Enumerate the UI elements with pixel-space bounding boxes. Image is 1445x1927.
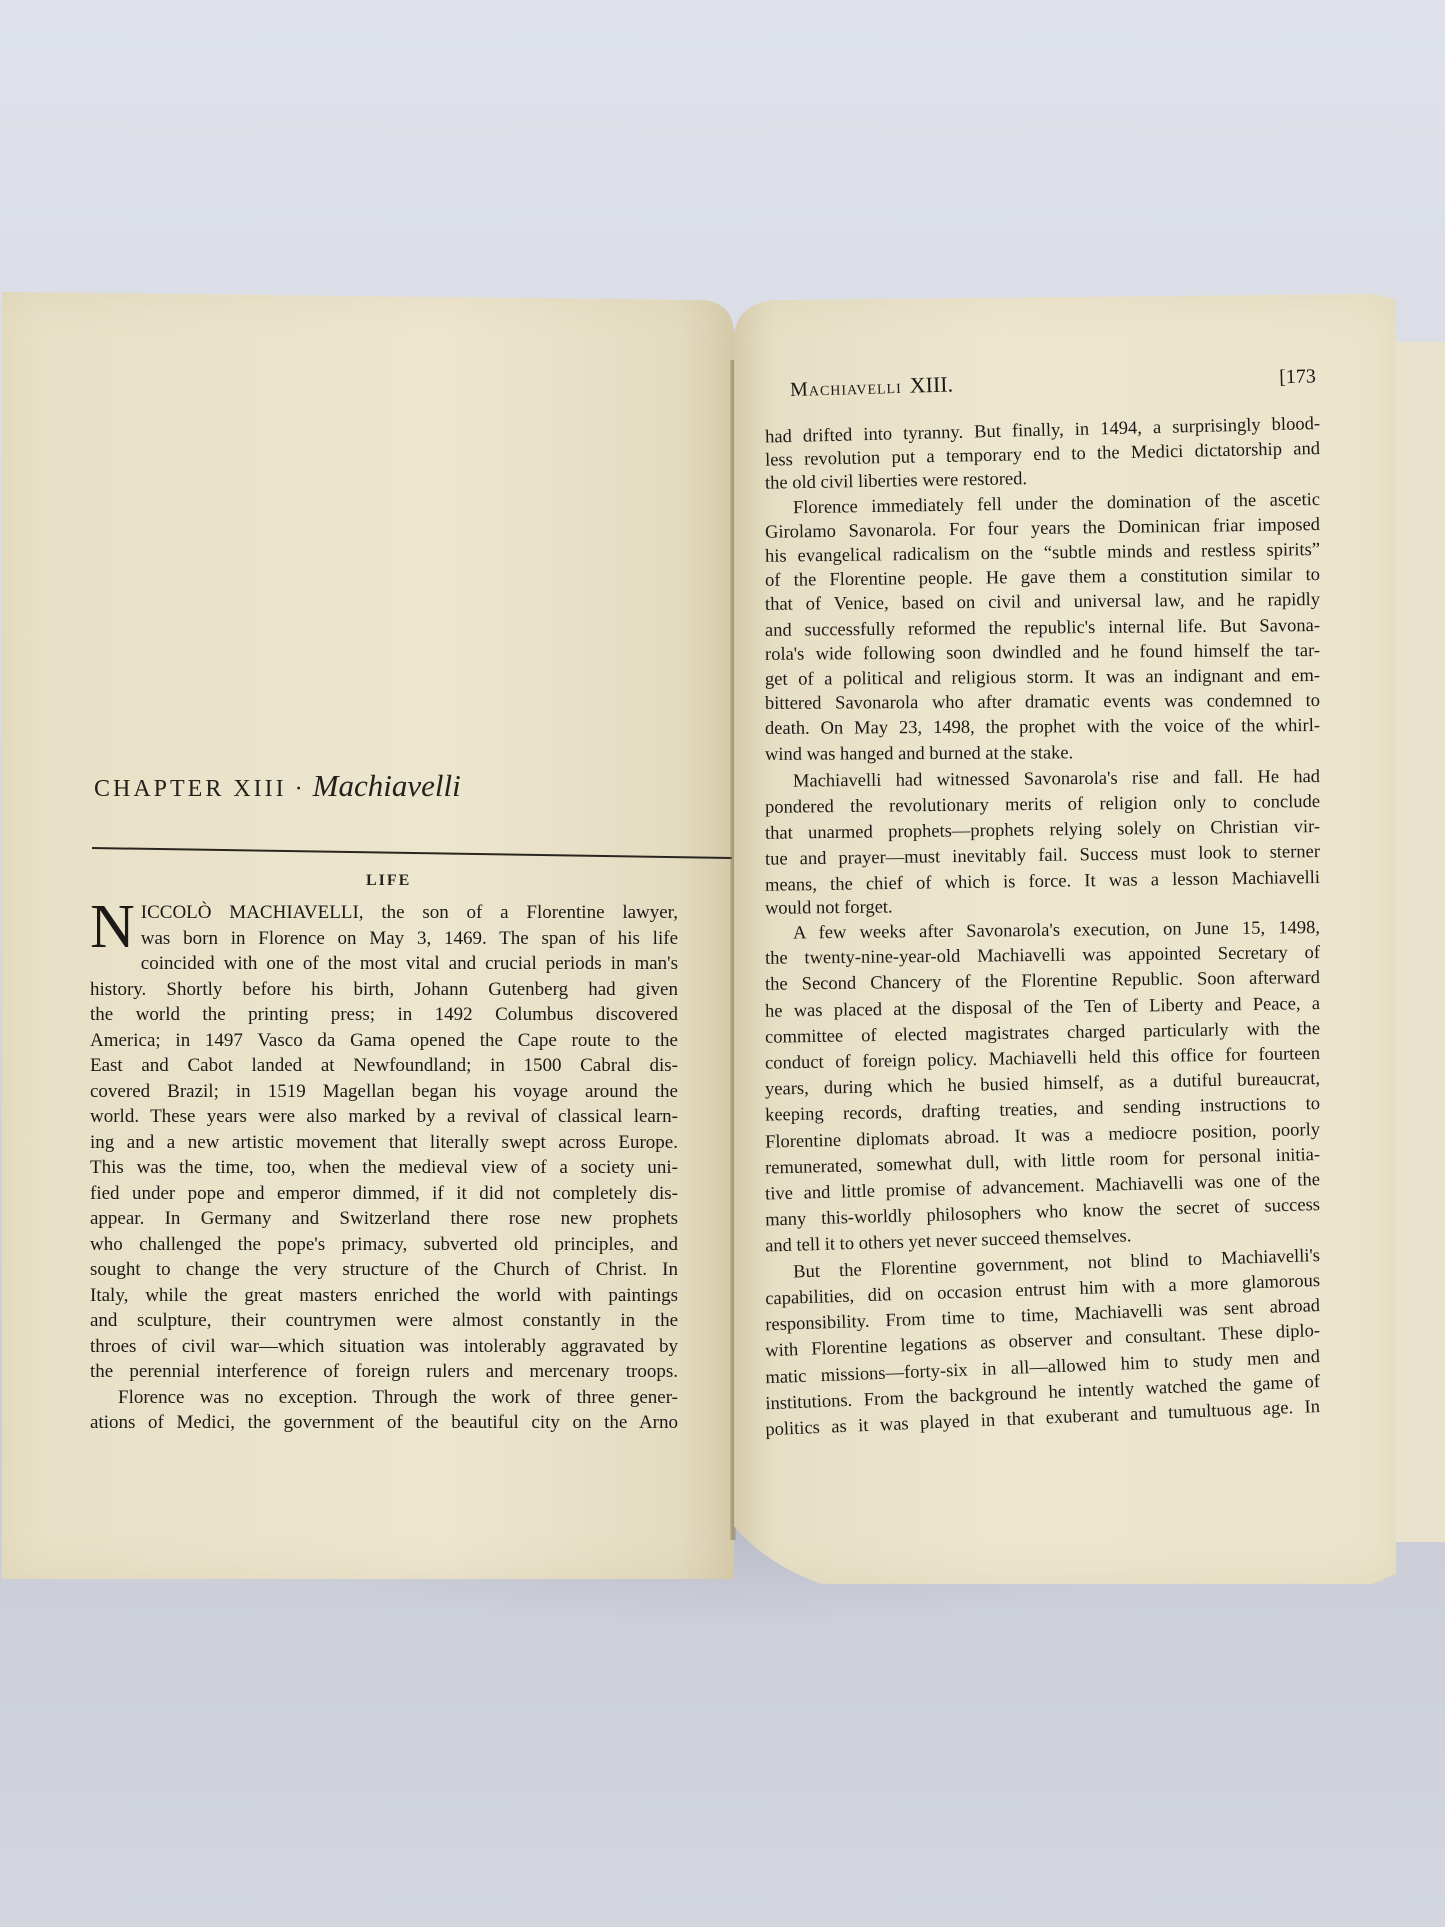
- drop-cap: N: [90, 902, 135, 952]
- text-line: ing and a new artistic movement that lit…: [90, 1130, 678, 1156]
- text-line: bittered Savonarola who after dramatic e…: [765, 689, 1320, 717]
- text-line: throes of civil war—which situation was …: [90, 1334, 678, 1360]
- text-line: the perennial interference of foreign ru…: [90, 1359, 678, 1385]
- page-number: [173: [1279, 365, 1316, 389]
- text-line: appear. In Germany and Switzerland there…: [90, 1206, 678, 1232]
- chapter-title: Machiavelli: [313, 768, 461, 803]
- text-line: covered Brazil; in 1519 Magellan began h…: [90, 1079, 678, 1105]
- running-head-title: Machiavelli: [790, 376, 902, 401]
- text-line: world. These years were also marked by a…: [90, 1104, 678, 1130]
- text-line: East and Cabot landed at Newfoundland; i…: [90, 1053, 678, 1079]
- text-line: was born in Florence on May 3, 1469. The…: [90, 926, 678, 952]
- text-line: coincided with one of the most vital and…: [90, 951, 678, 977]
- text-line: Florence was no exception. Through the w…: [90, 1385, 678, 1411]
- running-head-chapter: XIII.: [909, 371, 953, 397]
- text-line: rola's wide following soon dwindled and …: [765, 639, 1320, 668]
- text-line: and sculpture, their countrymen were alm…: [90, 1308, 678, 1334]
- chapter-separator: ·: [295, 776, 305, 802]
- underlying-page-edge: [1395, 342, 1445, 1542]
- text-line: the world the printing press; in 1492 Co…: [90, 1002, 678, 1028]
- chapter-number: CHAPTER XIII: [94, 776, 287, 802]
- right-page-body: had drifted into tyranny. But finally, i…: [765, 412, 1320, 1420]
- text-line: America; in 1497 Vasco da Gama opened th…: [90, 1028, 678, 1054]
- text-line: sought to change the very structure of t…: [90, 1257, 678, 1283]
- text-line: This was the time, too, when the medieva…: [90, 1155, 678, 1181]
- text-line: wind was hanged and burned at the stake.: [765, 740, 1320, 768]
- text-line: ations of Medici, the government of the …: [90, 1410, 678, 1436]
- left-page-body: N ICCOLÒ MACHIAVELLI, the son of a Flore…: [90, 900, 678, 1436]
- chapter-heading: CHAPTER XIII·Machiavelli: [94, 768, 461, 804]
- text-line: ICCOLÒ MACHIAVELLI, the son of a Florent…: [90, 900, 678, 926]
- text-line: death. On May 23, 1498, the prophet with…: [765, 714, 1320, 742]
- text-line: who challenged the pope's primacy, subve…: [90, 1232, 678, 1258]
- photo-scene: CHAPTER XIII·Machiavelli LIFE N ICCOLÒ M…: [0, 0, 1445, 1927]
- text-line: history. Shortly before his birth, Johan…: [90, 977, 678, 1003]
- text-line: Italy, while the great masters enriched …: [90, 1283, 678, 1309]
- text-line: fied under pope and emperor dimmed, if i…: [90, 1181, 678, 1207]
- section-title: LIFE: [366, 872, 411, 890]
